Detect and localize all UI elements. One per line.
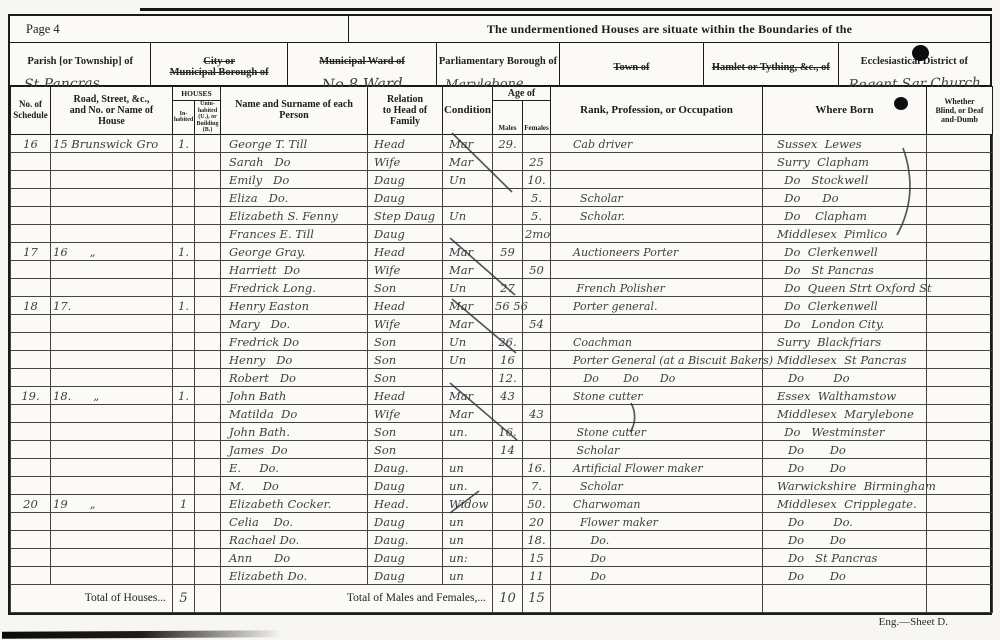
- cell-female: 7.: [523, 476, 551, 494]
- cell-born: Do St Pancras: [763, 548, 927, 566]
- field-parliamentary-borough-label: Parliamentary Borough of: [437, 56, 559, 67]
- cell-female: [523, 422, 551, 440]
- table-row: 2019 „1Elizabeth Cocker.Head.Widow50.Cha…: [11, 494, 993, 512]
- cell-schedule: [11, 188, 51, 206]
- cell-condition: Mar: [443, 134, 493, 152]
- cell-blind: [927, 224, 993, 242]
- cell-uninhabited: [195, 566, 221, 584]
- table-row: E. Do.Daug.un16.Artificial Flower maker …: [11, 458, 993, 476]
- cell-name: Harriett Do: [221, 260, 368, 278]
- cell-blind: [927, 350, 993, 368]
- cell-born: Do Do.: [763, 512, 927, 530]
- field-town: Town of: [560, 43, 704, 85]
- cell-male: [493, 458, 523, 476]
- cell-inhabited: [173, 170, 195, 188]
- cell-condition: Un: [443, 350, 493, 368]
- cell-relation: Wife: [368, 314, 443, 332]
- cell-house: [51, 188, 173, 206]
- cell-female: [523, 332, 551, 350]
- cell-occupation: Do Do Do: [551, 368, 763, 386]
- cell-female: 54: [523, 314, 551, 332]
- cell-male: [493, 404, 523, 422]
- cell-relation: Son: [368, 332, 443, 350]
- cell-blind: [927, 440, 993, 458]
- total-houses-value: 5: [173, 584, 195, 612]
- cell-house: 18. „: [51, 386, 173, 404]
- cell-born: Middlesex St Pancras: [763, 350, 927, 368]
- cell-house: [51, 260, 173, 278]
- cell-condition: un.: [443, 422, 493, 440]
- cell-male: 16.: [493, 422, 523, 440]
- field-parish: Parish [or Township] of St Pancras.: [10, 43, 151, 85]
- total-females-value: 15: [523, 584, 551, 612]
- cell-relation: Daug: [368, 170, 443, 188]
- cell-uninhabited: [195, 206, 221, 224]
- cell-condition: un.: [443, 476, 493, 494]
- total-houses-label: Total of Houses...: [11, 584, 173, 612]
- cell-condition: Mar: [443, 242, 493, 260]
- cell-occupation: Porter General (at a Biscuit Bakers): [551, 350, 763, 368]
- cell-male: 43: [493, 386, 523, 404]
- cell-occupation: Charwoman: [551, 494, 763, 512]
- cell-relation: Head: [368, 386, 443, 404]
- table-row: Rachael Do.Daug.un18. Do. Do Do: [11, 530, 993, 548]
- cell-born: Surry Blackfriars: [763, 332, 927, 350]
- cell-name: Ann Do: [221, 548, 368, 566]
- cell-inhabited: [173, 260, 195, 278]
- cell-uninhabited: [195, 152, 221, 170]
- cell-male: 29.: [493, 134, 523, 152]
- cell-schedule: [11, 368, 51, 386]
- cell-house: [51, 368, 173, 386]
- cell-relation: Daug: [368, 188, 443, 206]
- cell-blind: [927, 530, 993, 548]
- table-row: 19.18. „1.John BathHeadMar43Stone cutter…: [11, 386, 993, 404]
- cell-inhabited: 1.: [173, 134, 195, 152]
- cell-blind: [927, 152, 993, 170]
- cell-condition: Un: [443, 170, 493, 188]
- table-row: Matilda DoWifeMar43Middlesex Marylebone: [11, 404, 993, 422]
- cell-occupation: [551, 260, 763, 278]
- cell-relation: Wife: [368, 260, 443, 278]
- cell-condition: Mar: [443, 404, 493, 422]
- cell-occupation: [551, 404, 763, 422]
- cell-blind: [927, 404, 993, 422]
- cell-blind: [927, 260, 993, 278]
- cell-inhabited: [173, 548, 195, 566]
- cell-name: James Do: [221, 440, 368, 458]
- cell-born: Do Do: [763, 188, 927, 206]
- table-row: Harriett DoWifeMar50 Do St Pancras: [11, 260, 993, 278]
- cell-occupation: Do.: [551, 530, 763, 548]
- cell-house: [51, 548, 173, 566]
- cell-inhabited: [173, 458, 195, 476]
- cell-relation: Head.: [368, 494, 443, 512]
- cell-inhabited: 1.: [173, 296, 195, 314]
- cell-condition: Un: [443, 332, 493, 350]
- cell-inhabited: [173, 476, 195, 494]
- cell-condition: Un: [443, 206, 493, 224]
- cell-name: Mary Do.: [221, 314, 368, 332]
- ink-dot-icon: [894, 97, 908, 110]
- cell-inhabited: [173, 278, 195, 296]
- cell-blind: [927, 566, 993, 584]
- sheet-footer-note: Eng.—Sheet D.: [879, 616, 948, 628]
- cell-uninhabited: [195, 224, 221, 242]
- cell-schedule: [11, 512, 51, 530]
- sheet-title: The undermentioned Houses are situate wi…: [348, 16, 990, 42]
- cell-female: 43: [523, 404, 551, 422]
- cell-occupation: Cab driver: [551, 134, 763, 152]
- cell-blind: [927, 476, 993, 494]
- cell-name: Fredrick Long.: [221, 278, 368, 296]
- cell-uninhabited: [195, 476, 221, 494]
- cell-inhabited: [173, 512, 195, 530]
- cell-name: Elizabeth S. Fenny: [221, 206, 368, 224]
- table-row: Fredrick DoSonUn26.CoachmanSurry Blackfr…: [11, 332, 993, 350]
- cell-house: 17.: [51, 296, 173, 314]
- cell-condition: [443, 368, 493, 386]
- table-row: Sarah DoWifeMar25Surry Clapham: [11, 152, 993, 170]
- cell-house: [51, 314, 173, 332]
- cell-inhabited: [173, 314, 195, 332]
- cell-house: [51, 422, 173, 440]
- cell-condition: Un: [443, 278, 493, 296]
- cell-house: [51, 278, 173, 296]
- cell-female: 16.: [523, 458, 551, 476]
- cell-name: M. Do: [221, 476, 368, 494]
- cell-condition: un: [443, 530, 493, 548]
- cell-name: Eliza Do.: [221, 188, 368, 206]
- col-header-inhabited: In- habited: [173, 101, 195, 135]
- cell-uninhabited: [195, 332, 221, 350]
- cell-occupation: Stone cutter: [551, 386, 763, 404]
- geography-band: Parish [or Township] of St Pancras. City…: [10, 43, 990, 86]
- cell-condition: Mar: [443, 152, 493, 170]
- cell-house: 16 „: [51, 242, 173, 260]
- cell-born: Do St Pancras: [763, 260, 927, 278]
- cell-occupation: [551, 152, 763, 170]
- cell-female: [523, 134, 551, 152]
- cell-born: Middlesex Cripplegate.: [763, 494, 927, 512]
- cell-name: Emily Do: [221, 170, 368, 188]
- cell-male: [493, 314, 523, 332]
- cell-schedule: [11, 566, 51, 584]
- cell-female: [523, 278, 551, 296]
- cell-schedule: [11, 278, 51, 296]
- cell-uninhabited: [195, 314, 221, 332]
- cell-uninhabited: [195, 278, 221, 296]
- cell-female: 15: [523, 548, 551, 566]
- cell-uninhabited: [195, 242, 221, 260]
- cell-uninhabited: [195, 404, 221, 422]
- cell-inhabited: [173, 440, 195, 458]
- cell-condition: Mar: [443, 296, 493, 314]
- cell-schedule: [11, 152, 51, 170]
- field-municipal-ward: Municipal Ward of No 8 Ward: [288, 43, 437, 85]
- cell-house: 15 Brunswick Gro: [51, 134, 173, 152]
- cell-uninhabited: [195, 296, 221, 314]
- cell-schedule: 20: [11, 494, 51, 512]
- cell-name: Robert Do: [221, 368, 368, 386]
- cell-schedule: [11, 314, 51, 332]
- cell-occupation: French Polisher: [551, 278, 763, 296]
- cell-male: [493, 224, 523, 242]
- cell-occupation: Scholar: [551, 440, 763, 458]
- cell-schedule: [11, 332, 51, 350]
- cell-female: 5.: [523, 206, 551, 224]
- cell-schedule: [11, 170, 51, 188]
- cell-relation: Daug: [368, 548, 443, 566]
- col-header-condition: Condition: [443, 87, 493, 135]
- cell-schedule: [11, 206, 51, 224]
- col-header-blind: Whether Blind, or Deaf and-Dumb: [927, 87, 993, 135]
- cell-blind: [927, 422, 993, 440]
- col-header-name: Name and Surname of each Person: [221, 87, 368, 135]
- cell-born: Essex Walthamstow: [763, 386, 927, 404]
- cell-name: Celia Do.: [221, 512, 368, 530]
- cell-blind: [927, 386, 993, 404]
- cell-male: 27: [493, 278, 523, 296]
- field-city-borough-label: City or Municipal Borough of: [151, 56, 286, 78]
- cell-schedule: [11, 530, 51, 548]
- cell-name: Rachael Do.: [221, 530, 368, 548]
- cell-blind: [927, 188, 993, 206]
- cell-male: [493, 512, 523, 530]
- cell-female: [523, 350, 551, 368]
- cell-house: [51, 458, 173, 476]
- cell-relation: Son: [368, 350, 443, 368]
- cell-occupation: [551, 170, 763, 188]
- cell-female: 50: [523, 260, 551, 278]
- cell-inhabited: [173, 368, 195, 386]
- cell-occupation: [551, 314, 763, 332]
- cell-male: [493, 476, 523, 494]
- cell-occupation: Do: [551, 548, 763, 566]
- cell-schedule: [11, 458, 51, 476]
- cell-blind: [927, 368, 993, 386]
- cell-blind: [927, 548, 993, 566]
- cell-name: Matilda Do: [221, 404, 368, 422]
- cell-uninhabited: [195, 458, 221, 476]
- cell-relation: Daug: [368, 476, 443, 494]
- total-persons-label: Total of Males and Females,...: [221, 584, 493, 612]
- cell-house: [51, 440, 173, 458]
- cell-female: 10.: [523, 170, 551, 188]
- cell-house: [51, 530, 173, 548]
- cell-condition: [443, 188, 493, 206]
- cell-uninhabited: [195, 134, 221, 152]
- cell-name: George Gray.: [221, 242, 368, 260]
- totals-row: Total of Houses... 5 Total of Males and …: [11, 584, 993, 612]
- cell-blind: [927, 296, 993, 314]
- col-header-occupation: Rank, Profession, or Occupation: [551, 87, 763, 135]
- census-table-body: 1615 Brunswick Gro1.George T. TillHeadMa…: [11, 134, 993, 584]
- cell-condition: Widow: [443, 494, 493, 512]
- cell-male: [493, 494, 523, 512]
- cell-name: Elizabeth Do.: [221, 566, 368, 584]
- cell-occupation: Auctioneers Porter: [551, 242, 763, 260]
- cell-born: Do Do: [763, 458, 927, 476]
- cell-female: 18.: [523, 530, 551, 548]
- cell-relation: Head: [368, 242, 443, 260]
- cell-occupation: Scholar: [551, 476, 763, 494]
- title-band: Page 4 The undermentioned Houses are sit…: [10, 16, 990, 43]
- cell-inhabited: 1.: [173, 386, 195, 404]
- cell-name: Frances E. Till: [221, 224, 368, 242]
- cell-born: Do Do: [763, 440, 927, 458]
- cell-relation: Daug: [368, 566, 443, 584]
- scan-artifact-top-line: [140, 8, 992, 11]
- cell-schedule: 16: [11, 134, 51, 152]
- cell-house: [51, 170, 173, 188]
- cell-uninhabited: [195, 440, 221, 458]
- cell-schedule: [11, 476, 51, 494]
- cell-name: John Bath.: [221, 422, 368, 440]
- table-row: Henry DoSonUn16Porter General (at a Bisc…: [11, 350, 993, 368]
- cell-name: Elizabeth Cocker.: [221, 494, 368, 512]
- cell-occupation: Porter general.: [551, 296, 763, 314]
- field-town-label: Town of: [560, 62, 703, 73]
- page-number-label: Page 4: [10, 16, 348, 42]
- cell-blind: [927, 170, 993, 188]
- field-parish-label: Parish [or Township] of: [10, 56, 150, 67]
- col-header-houses-group: HOUSES: [173, 87, 221, 101]
- table-row: Ann DoDaugun:15 Do Do St Pancras: [11, 548, 993, 566]
- cell-born: Sussex Lewes: [763, 134, 927, 152]
- cell-female: 20: [523, 512, 551, 530]
- cell-condition: un: [443, 512, 493, 530]
- cell-relation: Son: [368, 368, 443, 386]
- cell-born: Warwickshire Birmingham: [763, 476, 927, 494]
- cell-name: Henry Easton: [221, 296, 368, 314]
- cell-relation: Daug: [368, 512, 443, 530]
- cell-blind: [927, 278, 993, 296]
- cell-name: Sarah Do: [221, 152, 368, 170]
- table-row: 1817.1.Henry EastonHeadMar56 56Porter ge…: [11, 296, 993, 314]
- cell-male: [493, 566, 523, 584]
- cell-uninhabited: [195, 170, 221, 188]
- cell-condition: un: [443, 458, 493, 476]
- cell-inhabited: [173, 566, 195, 584]
- col-header-road: Road, Street, &c., and No. or Name of Ho…: [51, 87, 173, 135]
- cell-born: Middlesex Marylebone: [763, 404, 927, 422]
- empty-cell: [763, 584, 927, 612]
- cell-born: Do Do: [763, 566, 927, 584]
- cell-uninhabited: [195, 260, 221, 278]
- cell-schedule: 17: [11, 242, 51, 260]
- cell-blind: [927, 512, 993, 530]
- totals-section: Total of Houses... 5 Total of Males and …: [11, 584, 993, 612]
- table-row: Celia Do.Daugun20 Flower maker Do Do.: [11, 512, 993, 530]
- cell-inhabited: 1: [173, 494, 195, 512]
- cell-uninhabited: [195, 530, 221, 548]
- scan-artifact-bottom-bar: [2, 630, 282, 638]
- cell-occupation: Artificial Flower maker: [551, 458, 763, 476]
- cell-condition: Mar: [443, 314, 493, 332]
- cell-blind: [927, 134, 993, 152]
- cell-female: 50.: [523, 494, 551, 512]
- col-header-females: Females: [523, 101, 551, 135]
- cell-born: Do London City.: [763, 314, 927, 332]
- cell-blind: [927, 206, 993, 224]
- cell-uninhabited: [195, 422, 221, 440]
- cell-born: Surry Clapham: [763, 152, 927, 170]
- cell-relation: Daug: [368, 224, 443, 242]
- cell-relation: Head: [368, 134, 443, 152]
- field-hamlet-label: Hamlet or Tything, &c., of: [704, 62, 837, 73]
- cell-condition: [443, 440, 493, 458]
- table-row: James DoSon14 Scholar Do Do: [11, 440, 993, 458]
- ink-blot-icon: [912, 45, 929, 61]
- cell-inhabited: [173, 350, 195, 368]
- table-row: 1615 Brunswick Gro1.George T. TillHeadMa…: [11, 134, 993, 152]
- cell-blind: [927, 332, 993, 350]
- cell-condition: Mar: [443, 386, 493, 404]
- cell-condition: un: [443, 566, 493, 584]
- cell-house: [51, 566, 173, 584]
- cell-female: [523, 386, 551, 404]
- cell-uninhabited: [195, 188, 221, 206]
- table-row: Elizabeth S. FennyStep DaugUn5. Scholar.…: [11, 206, 993, 224]
- table-row: Robert DoSon12. Do Do Do Do Do: [11, 368, 993, 386]
- cell-born: Middlesex Pimlico: [763, 224, 927, 242]
- cell-house: [51, 476, 173, 494]
- cell-blind: [927, 314, 993, 332]
- cell-schedule: [11, 224, 51, 242]
- cell-name: John Bath: [221, 386, 368, 404]
- cell-house: [51, 350, 173, 368]
- cell-male: 14: [493, 440, 523, 458]
- cell-female: [523, 440, 551, 458]
- cell-uninhabited: [195, 512, 221, 530]
- cell-occupation: Flower maker: [551, 512, 763, 530]
- cell-female: 5.: [523, 188, 551, 206]
- cell-occupation: Scholar.: [551, 206, 763, 224]
- field-parliamentary-borough: Parliamentary Borough of Marylebone: [437, 43, 560, 85]
- cell-female: [523, 242, 551, 260]
- cell-male: [493, 170, 523, 188]
- census-sheet: Page 4 The undermentioned Houses are sit…: [8, 14, 992, 615]
- census-table: No. of Schedule Road, Street, &c., and N…: [10, 86, 993, 613]
- cell-house: [51, 512, 173, 530]
- total-males-value: 10: [493, 584, 523, 612]
- col-header-schedule: No. of Schedule: [11, 87, 51, 135]
- cell-uninhabited: [195, 494, 221, 512]
- cell-inhabited: [173, 152, 195, 170]
- col-header-relation: Relation to Head of Family: [368, 87, 443, 135]
- empty-cell: [195, 584, 221, 612]
- cell-occupation: Scholar: [551, 188, 763, 206]
- cell-occupation: Coachman: [551, 332, 763, 350]
- cell-inhabited: [173, 206, 195, 224]
- cell-name: Fredrick Do: [221, 332, 368, 350]
- cell-blind: [927, 242, 993, 260]
- cell-relation: Son: [368, 278, 443, 296]
- field-city-borough: City or Municipal Borough of Marylebone: [151, 43, 287, 85]
- cell-inhabited: 1.: [173, 242, 195, 260]
- cell-occupation: Stone cutter: [551, 422, 763, 440]
- field-ecclesiastical-district: Ecclesiastical District of Regent Sqr Ch…: [839, 43, 990, 85]
- cell-condition: Mar: [443, 260, 493, 278]
- empty-cell: [927, 584, 993, 612]
- table-row: Mary Do.WifeMar54 Do London City.: [11, 314, 993, 332]
- cell-schedule: 19.: [11, 386, 51, 404]
- cell-relation: Son: [368, 440, 443, 458]
- cell-name: George T. Till: [221, 134, 368, 152]
- cell-inhabited: [173, 188, 195, 206]
- cell-uninhabited: [195, 350, 221, 368]
